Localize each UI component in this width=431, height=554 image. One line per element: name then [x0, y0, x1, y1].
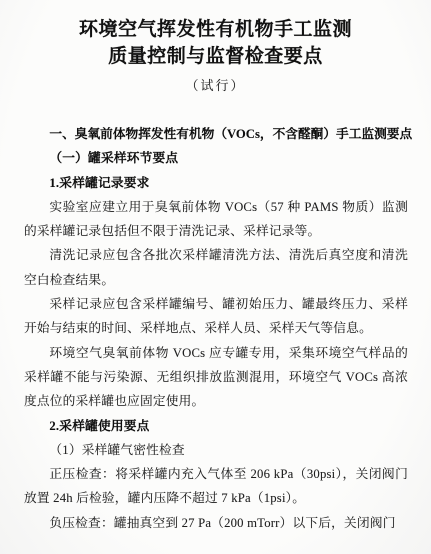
- paragraph-positive-pressure-check: 正压检查：将采样罐内充入气体至 206 kPa（30psi），关闭阀门放置 24…: [24, 462, 408, 511]
- paragraph-canister-dedication: 环境空气臭氧前体物 VOCs 应专罐专用，采集环境空气样品的采样罐不能与污染源、…: [24, 341, 408, 414]
- paragraph-lab-records: 实验室应建立用于臭氧前体物 VOCs（57 种 PAMS 物质）监测的采样罐记录…: [24, 195, 408, 244]
- document-page: 环境空气挥发性有机物手工监测 质量控制与监督检查要点 （试行） 一、臭氧前体物挥…: [0, 0, 431, 554]
- document-title-line1: 环境空气挥发性有机物手工监测: [20, 16, 411, 43]
- document-title-line2: 质量控制与监督检查要点: [20, 43, 411, 70]
- paragraph-clean-records: 清洗记录应包含各批次采样罐清洗方法、清洗后真空度和清洗空白检查结果。: [24, 243, 408, 292]
- document-subtitle: （试行）: [20, 77, 411, 95]
- subitem-heading-airtight-check: （1）采样罐气密性检查: [24, 438, 408, 462]
- document-title: 环境空气挥发性有机物手工监测 质量控制与监督检查要点: [20, 16, 411, 70]
- section-heading-1: 一、臭氧前体物挥发性有机物（VOCs，不含醛酮）手工监测要点: [24, 122, 408, 146]
- item-heading-2: 2.采样罐使用要点: [24, 414, 408, 438]
- subsection-heading-1: （一）罐采样环节要点: [24, 146, 408, 170]
- paragraph-negative-pressure-check: 负压检查：罐抽真空到 27 Pa（200 mTorr）以下后，关闭阀门: [24, 511, 408, 535]
- paragraph-sampling-records: 采样记录应包含采样罐编号、罐初始压力、罐最终压力、采样开始与结束的时间、采样地点…: [24, 292, 408, 341]
- item-heading-1: 1.采样罐记录要求: [24, 171, 408, 195]
- document-body: 一、臭氧前体物挥发性有机物（VOCs，不含醛酮）手工监测要点 （一）罐采样环节要…: [24, 122, 408, 535]
